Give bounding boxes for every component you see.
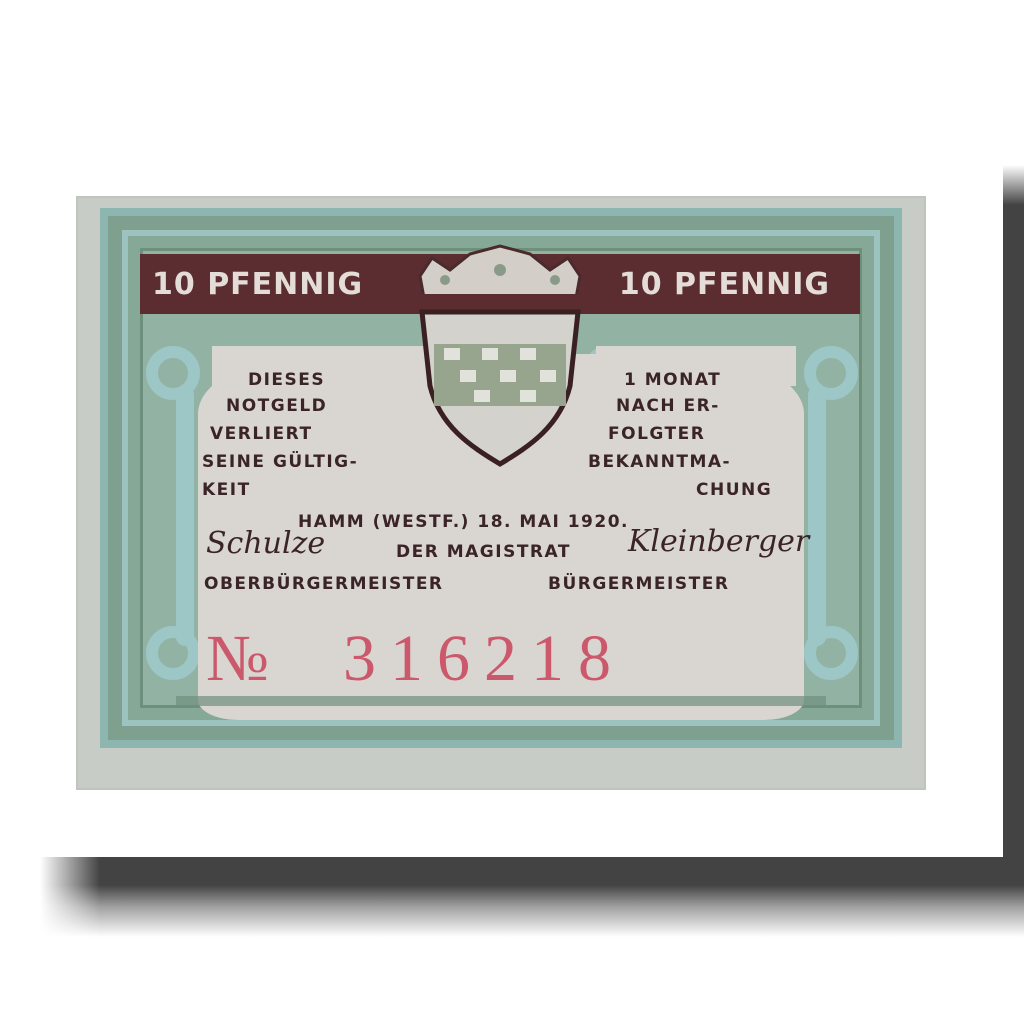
title-left: OBERBÜRGERMEISTER (204, 572, 444, 596)
signature-right: Kleinberger (628, 524, 809, 559)
serial-digits: 316218 (343, 622, 625, 695)
crowned-shield-icon (400, 236, 600, 476)
scroll-stem-right (808, 386, 826, 646)
drop-shadow-right (1003, 165, 1024, 865)
denomination-right: 10 PFENNIG (619, 254, 830, 314)
drop-shadow-bottom (40, 857, 1024, 937)
validity-left-line: VERLIERT (210, 422, 313, 446)
signature-left: Schulze (206, 526, 325, 561)
place-date: HAMM (WESTF.) 18. MAI 1920. (298, 510, 629, 534)
validity-left-line: DIESES (248, 368, 325, 392)
validity-right-line: NACH ER- (616, 394, 720, 418)
banknote: 10 PFENNIG 10 PFENNIG DIESES NOTGELD VER… (76, 196, 926, 790)
denomination-left: 10 PFENNIG (152, 254, 363, 314)
validity-right-line: CHUNG (696, 478, 772, 502)
validity-right-line: FOLGTER (608, 422, 705, 446)
serial-prefix: № (206, 622, 283, 695)
title-right: BÜRGERMEISTER (548, 572, 729, 596)
validity-right-line: 1 MONAT (624, 368, 721, 392)
serial-number: №316218 (206, 621, 625, 697)
scroll-stem-left (176, 386, 194, 646)
validity-left-line: KEIT (202, 478, 251, 502)
bottom-border-line (176, 696, 826, 706)
validity-right-line: BEKANNTMA- (588, 450, 731, 474)
issuer-label: DER MAGISTRAT (396, 540, 571, 564)
validity-left-line: NOTGELD (226, 394, 327, 418)
validity-left-line: SEINE GÜLTIG- (202, 450, 358, 474)
